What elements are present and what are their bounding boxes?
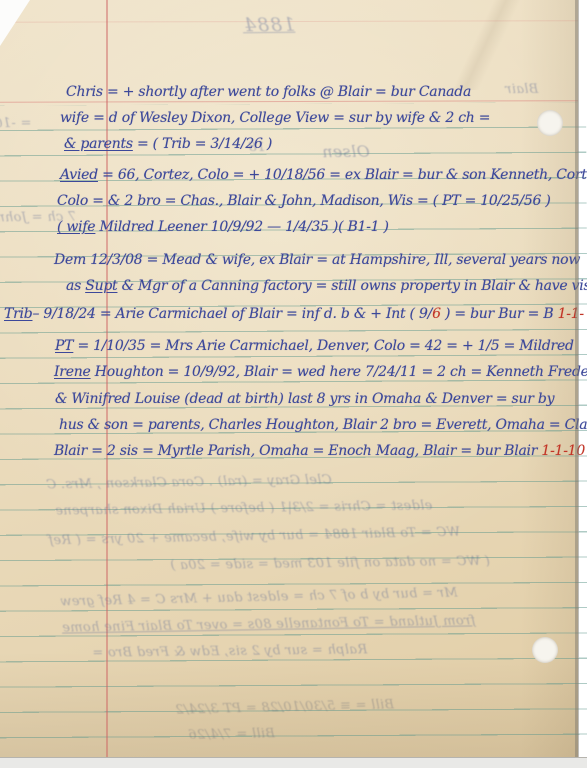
entry5-line3: & Winifred Louise (dead at birth) last 8… — [55, 391, 554, 407]
entry1-line3-underlined: & parents — [64, 136, 133, 152]
hole-punch-bottom — [532, 637, 558, 663]
handwriting-line: hus & son = parents, Charles Houghton, B… — [59, 417, 587, 433]
page-edge-right — [575, 0, 579, 758]
entry5-line2: Houghton = 10/9/92, Blair = wed here 7/2… — [91, 364, 587, 380]
bleedthrough-fragment: Olsen — [322, 142, 370, 161]
entry2-line3: Mildred Leener 10/9/92 — 1/4/35 )( B1-1 … — [95, 219, 388, 235]
bleedthrough-fragment: = -10 — [0, 116, 32, 131]
entry3-line2-pre: as — [66, 278, 85, 294]
entry4-line1b: ) = bur Bur = B — [441, 306, 558, 322]
handwriting-line: Chris = + shortly after went to folks @ … — [66, 84, 471, 100]
red-overwrite-6: 6 — [432, 306, 441, 322]
entry2-line3-underlined: ( wife — [57, 219, 95, 235]
entry5-line5: Blair = 2 sis = Myrtle Parish, Omaha = E… — [54, 443, 541, 459]
entry5-line1: = 1/10/35 = Mrs Arie Carmichael, Denver,… — [73, 338, 573, 354]
entry1-line1: Chris = + shortly after went to folks @ … — [66, 84, 471, 100]
entry3-line2: & Mgr of a Canning factory = still owns … — [117, 278, 587, 294]
entry5-pt-underlined: PT — [55, 338, 73, 354]
handwriting-line: as Supt & Mgr of a Canning factory = sti… — [66, 278, 587, 294]
handwriting-line: ( wife Mildred Leener 10/9/92 — 1/4/35 )… — [57, 219, 389, 235]
entry3-line2-underlined: Supt — [85, 278, 117, 294]
handwriting-line: Blair = 2 sis = Myrtle Parish, Omaha = E… — [54, 443, 585, 459]
handwriting-line: Irene Houghton = 10/9/92, Blair = wed he… — [54, 364, 587, 380]
entry2-line1-underlined: Avied — [60, 167, 98, 183]
entry4-line1a: – 9/18/24 = Arie Carmichael of Blair = i… — [32, 306, 432, 322]
handwriting-line: PT = 1/10/35 = Mrs Arie Carmichael, Denv… — [55, 338, 574, 354]
handwriting-line: Avied = 66, Cortez, Colo = + 10/18/56 = … — [60, 167, 587, 183]
entry4-trib-underlined: Trib — [4, 306, 32, 322]
page-edge-bottom — [0, 757, 587, 768]
handwriting-line: wife = d of Wesley Dixon, College View =… — [60, 110, 490, 126]
entry3-line1: Dem 12/3/08 = Mead & wife, ex Blair = at… — [54, 252, 580, 268]
corner-fold — [0, 0, 30, 46]
handwriting-line: & Winifred Louise (dead at birth) last 8… — [55, 391, 554, 407]
entry1-line2: wife = d of Wesley Dixon, College View =… — [60, 110, 490, 126]
red-annotation: 1-1- — [558, 306, 584, 322]
hole-punch-top — [537, 110, 563, 136]
bleedthrough-line: Bill = 7/4/26 — [188, 726, 275, 743]
entry5-line4: hus & son = parents, Charles Houghton, B… — [59, 417, 587, 433]
bleedthrough-fragment: Blair — [505, 82, 538, 97]
handwriting-line: Trib– 9/18/24 = Arie Carmichael of Blair… — [4, 306, 587, 322]
handwriting-line: Colo = & 2 bro = Chas., Blair & John, Ma… — [57, 193, 551, 209]
scanned-ledger-page: { "document": { "kind": "handwritten gen… — [0, 0, 587, 768]
handwriting-line: & parents = ( Trib = 3/14/26 ) — [64, 136, 272, 152]
mirrored-year: 1884 — [243, 14, 296, 37]
handwriting-line: Dem 12/3/08 = Mead & wife, ex Blair = at… — [54, 252, 580, 268]
entry1-line3: = ( Trib = 3/14/26 ) — [133, 136, 272, 152]
entry2-line1: = 66, Cortez, Colo = + 10/18/56 = ex Bla… — [98, 167, 587, 183]
entry2-line2: Colo = & 2 bro = Chas., Blair & John, Ma… — [57, 193, 551, 209]
paper-crease — [390, 0, 587, 90]
entry5-line2-underlined: Irene — [54, 364, 91, 380]
